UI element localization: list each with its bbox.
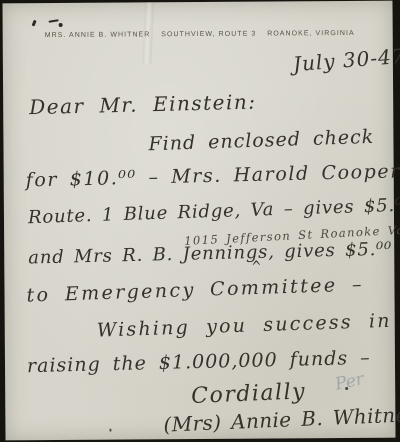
pencil-note: Per [333,369,365,395]
letter-line: Wishing you success in [96,310,392,342]
scan-background: { "colors": { "bg": "#15140f", "paper": … [0,0,400,442]
ink-speck [49,19,59,22]
letter-line: for $10.⁰⁰ – Mrs. Harold Cooper [25,160,400,191]
closing: Cordially [191,379,307,409]
letter-line: Find enclosed check [148,126,374,155]
salutation: Dear Mr. Einstein: [29,90,257,120]
letter-date: July 30-47 [292,44,400,77]
letter-line: and Mrs R. B. Jennings, gives $5.⁰⁰ – [28,238,400,268]
insertion-caret: ^ [251,257,261,275]
letterhead-name: MRS. ANNIE B. WHITNER [45,31,151,39]
letterhead-address: SOUTHVIEW, ROUTE 3 [161,31,256,39]
letterhead-city: ROANOKE, VIRGINIA [267,30,355,38]
letter-line: raising the $1.000,000 funds – [27,347,371,377]
ink-speck [109,429,111,432]
letterhead: MRS. ANNIE B. WHITNER SOUTHVIEW, ROUTE 3… [45,30,355,39]
ink-speck [59,23,63,27]
letter-line: Route. 1 Blue Ridge, Va – gives $5.⁰⁰ [28,195,400,229]
letter-line: to Emergency Committee – [26,273,364,306]
ink-speck [32,20,37,27]
letter-paper: MRS. ANNIE B. WHITNER SOUTHVIEW, ROUTE 3… [2,1,395,441]
